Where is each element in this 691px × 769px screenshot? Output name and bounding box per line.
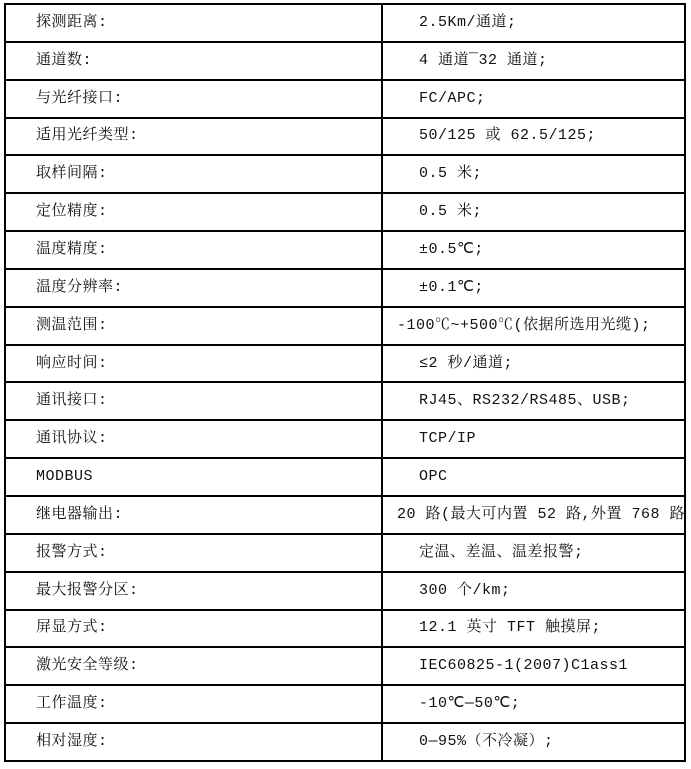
table-row: 与光纤接口: FC/APC;: [5, 80, 685, 118]
spec-label: 测温范围:: [5, 307, 382, 345]
table-row: 通讯协议: TCP/IP: [5, 420, 685, 458]
spec-label: 屏显方式:: [5, 610, 382, 648]
spec-value: 2.5Km/通道;: [382, 4, 685, 42]
spec-value: 定温、差温、温差报警;: [382, 534, 685, 572]
spec-label: 继电器输出:: [5, 496, 382, 534]
table-row: 适用光纤类型: 50/125 或 62.5/125;: [5, 118, 685, 156]
spec-label: 定位精度:: [5, 193, 382, 231]
spec-table: 探测距离: 2.5Km/通道; 通道数: 4 通道¯32 通道; 与光纤接口: …: [4, 3, 686, 762]
table-row: 温度分辨率: ±0.1℃;: [5, 269, 685, 307]
spec-value: 0.5 米;: [382, 155, 685, 193]
spec-label: 相对湿度:: [5, 723, 382, 761]
spec-label: 适用光纤类型:: [5, 118, 382, 156]
spec-label: 报警方式:: [5, 534, 382, 572]
spec-value: IEC60825-1(2007)C1ass1: [382, 647, 685, 685]
spec-value: ±0.5℃;: [382, 231, 685, 269]
table-row: 相对湿度: 0—95%（不冷凝）;: [5, 723, 685, 761]
spec-label: 通讯协议:: [5, 420, 382, 458]
spec-value: 0.5 米;: [382, 193, 685, 231]
spec-value: 4 通道¯32 通道;: [382, 42, 685, 80]
spec-value: -10℃—50℃;: [382, 685, 685, 723]
spec-value: 50/125 或 62.5/125;: [382, 118, 685, 156]
spec-label: 取样间隔:: [5, 155, 382, 193]
spec-label: 探测距离:: [5, 4, 382, 42]
spec-label: 与光纤接口:: [5, 80, 382, 118]
spec-value: 20 路(最大可内置 52 路,外置 768 路);: [382, 496, 685, 534]
spec-label: MODBUS: [5, 458, 382, 496]
table-row: 探测距离: 2.5Km/通道;: [5, 4, 685, 42]
spec-label: 温度分辨率:: [5, 269, 382, 307]
spec-table-body: 探测距离: 2.5Km/通道; 通道数: 4 通道¯32 通道; 与光纤接口: …: [5, 4, 685, 761]
spec-value: FC/APC;: [382, 80, 685, 118]
spec-label: 工作温度:: [5, 685, 382, 723]
table-row: 取样间隔: 0.5 米;: [5, 155, 685, 193]
table-row: 响应时间: ≤2 秒/通道;: [5, 345, 685, 383]
table-row: 定位精度: 0.5 米;: [5, 193, 685, 231]
table-row: 屏显方式: 12.1 英寸 TFT 触摸屏;: [5, 610, 685, 648]
spec-label: 通讯接口:: [5, 382, 382, 420]
table-row: 工作温度: -10℃—50℃;: [5, 685, 685, 723]
table-row: 温度精度: ±0.5℃;: [5, 231, 685, 269]
spec-label: 通道数:: [5, 42, 382, 80]
spec-value: 12.1 英寸 TFT 触摸屏;: [382, 610, 685, 648]
spec-label: 响应时间:: [5, 345, 382, 383]
spec-label: 最大报警分区:: [5, 572, 382, 610]
spec-value: -100℃~+500℃(依据所选用光缆);: [382, 307, 685, 345]
table-row: 最大报警分区: 300 个/km;: [5, 572, 685, 610]
table-row: 通道数: 4 通道¯32 通道;: [5, 42, 685, 80]
table-row: 继电器输出: 20 路(最大可内置 52 路,外置 768 路);: [5, 496, 685, 534]
spec-label: 温度精度:: [5, 231, 382, 269]
spec-value: OPC: [382, 458, 685, 496]
spec-value: ±0.1℃;: [382, 269, 685, 307]
spec-label: 激光安全等级:: [5, 647, 382, 685]
table-row: 测温范围: -100℃~+500℃(依据所选用光缆);: [5, 307, 685, 345]
table-row: 激光安全等级: IEC60825-1(2007)C1ass1: [5, 647, 685, 685]
spec-value: ≤2 秒/通道;: [382, 345, 685, 383]
spec-value: 300 个/km;: [382, 572, 685, 610]
table-row: MODBUS OPC: [5, 458, 685, 496]
spec-value: TCP/IP: [382, 420, 685, 458]
table-row: 通讯接口: RJ45、RS232/RS485、USB;: [5, 382, 685, 420]
spec-value: 0—95%（不冷凝）;: [382, 723, 685, 761]
spec-value: RJ45、RS232/RS485、USB;: [382, 382, 685, 420]
table-row: 报警方式: 定温、差温、温差报警;: [5, 534, 685, 572]
